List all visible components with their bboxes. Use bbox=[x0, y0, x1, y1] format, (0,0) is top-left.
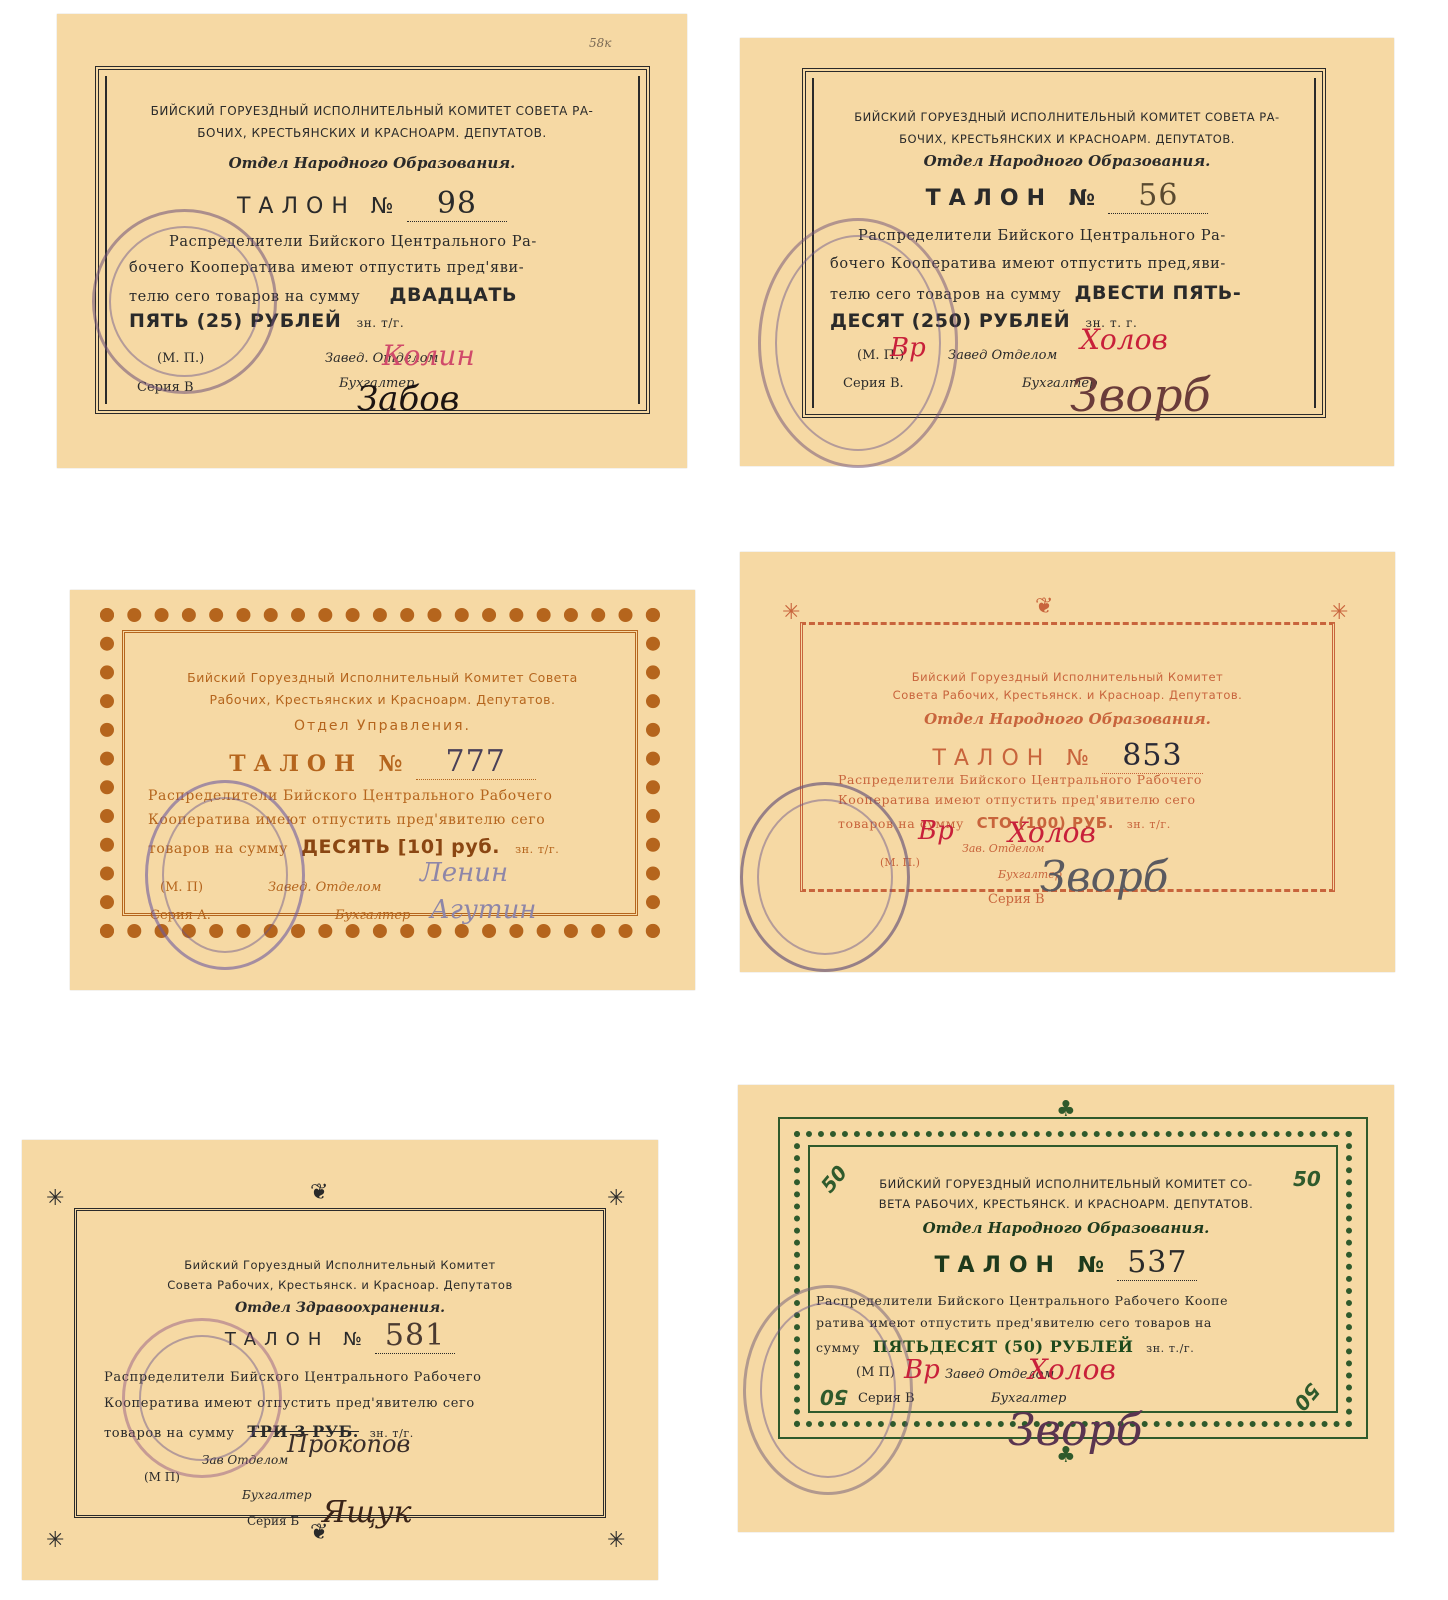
talon-number: 537 bbox=[1117, 1245, 1197, 1281]
ink-stamp bbox=[122, 1318, 282, 1478]
signature-red-2: Холов bbox=[1080, 323, 1168, 356]
ink-stamp bbox=[740, 782, 910, 972]
currency-suffix: зн. т/г. bbox=[515, 843, 559, 856]
talon-row: ТАЛОН № 777 bbox=[70, 744, 695, 779]
header-line-2: БОЧИХ, КРЕСТЬЯНСКИХ И КРАСНОАРМ. ДЕПУТАТ… bbox=[740, 132, 1394, 146]
corner-star-icon: ✳ bbox=[46, 1528, 64, 1553]
talon-row: ТАЛОН № 537 bbox=[738, 1245, 1394, 1280]
header-line-1: БИЙСКИЙ ГОРУЕЗДНЫЙ ИСПОЛНИТЕЛЬНЫЙ КОМИТЕ… bbox=[740, 110, 1394, 124]
talon-label: ТАЛОН № bbox=[237, 194, 402, 219]
coupon-537: ♣ ♣ 50 50 50 50 БИЙСКИЙ ГОРУЕЗДНЫЙ ИСПОЛ… bbox=[738, 1085, 1394, 1532]
signature-black: Забов bbox=[357, 379, 459, 419]
talon-number: 581 bbox=[375, 1318, 455, 1354]
talon-number: 98 bbox=[407, 186, 507, 222]
signature-dark: Прокопов bbox=[287, 1430, 410, 1458]
coupon-777: Бийский Горуездный Исполнительный Комите… bbox=[70, 590, 695, 990]
department-title: Отдел Здравоохранения. bbox=[22, 1300, 658, 1316]
accountant-label: Бухгалтер bbox=[242, 1488, 312, 1502]
scroll-ornament-icon: ❦ bbox=[1035, 594, 1053, 619]
header-line-1: Бийский Горуездный Исполнительный Комите… bbox=[22, 1258, 658, 1272]
header-line-2: Рабочих, Крестьянских и Красноарм. Депут… bbox=[70, 692, 695, 707]
signature-red-2: Холов bbox=[1028, 1353, 1116, 1386]
header-line-2: БОЧИХ, КРЕСТЬЯНСКИХ И КРАСНОАРМ. ДЕПУТАТ… bbox=[57, 126, 687, 140]
ink-stamp bbox=[758, 218, 958, 468]
department-title: Отдел Народного Образования. bbox=[57, 154, 687, 172]
talon-label: ТАЛОН № bbox=[935, 1253, 1113, 1278]
header-line-2: Совета Рабочих, Крестьянск. и Красноар. … bbox=[740, 688, 1395, 702]
amount-words: ДВЕСТИ ПЯТЬ- bbox=[1075, 282, 1242, 304]
head-of-department-label: Завед Отделом bbox=[948, 348, 1057, 363]
accountant-label: Бухгалтер bbox=[991, 1391, 1066, 1406]
header-line-1: БИЙСКИЙ ГОРУЕЗДНЫЙ ИСПОЛНИТЕЛЬНЫЙ КОМИТЕ… bbox=[738, 1177, 1394, 1191]
body-line-2: Кооператива имеют отпустить пред'явителю… bbox=[838, 792, 1395, 807]
signature-red: Вр bbox=[918, 816, 954, 846]
talon-label: ТАЛОН № bbox=[932, 746, 1097, 771]
body-line-2: ратива имеют отпустить пред'явителю сего… bbox=[816, 1315, 1394, 1330]
header-line-2: ВЕТА РАБОЧИХ, КРЕСТЬЯНСК. И КРАСНОАРМ. Д… bbox=[738, 1197, 1394, 1211]
signature-red: Вр bbox=[890, 333, 926, 363]
currency-suffix: зн. т/г. bbox=[1127, 818, 1171, 831]
series-label: Серия В bbox=[988, 892, 1045, 907]
header-line-2: Совета Рабочих, Крестьянск. и Красноар. … bbox=[22, 1278, 658, 1292]
header-line-1: БИЙСКИЙ ГОРУЕЗДНЫЙ ИСПОЛНИТЕЛЬНЫЙ КОМИТЕ… bbox=[57, 104, 687, 118]
scroll-ornament-icon: ❦ bbox=[310, 1180, 328, 1205]
body-line-1: Распределители Бийского Центрального Ра- bbox=[858, 228, 1394, 244]
signature-purple: Ленин bbox=[420, 858, 508, 888]
ink-stamp bbox=[743, 1285, 913, 1495]
talon-row: ТАЛОН № 581 bbox=[22, 1318, 658, 1353]
corner-star-icon: ✳ bbox=[1330, 600, 1348, 625]
currency-suffix: зн. т./г. bbox=[1146, 1342, 1194, 1355]
signature-red: Колин bbox=[382, 339, 475, 372]
amount-words: ДВАДЦАТЬ bbox=[390, 284, 518, 306]
amount-words: ДЕСЯТЬ [10] руб. bbox=[301, 836, 500, 858]
talon-number: 853 bbox=[1102, 738, 1202, 774]
signature-red: Вр bbox=[904, 1355, 940, 1385]
signature-brown: Зворб bbox=[1070, 368, 1211, 422]
body-line-1: Распределители Бийского Центрального Раб… bbox=[838, 772, 1395, 787]
talon-row: ТАЛОН № 56 bbox=[740, 178, 1394, 213]
pencil-annotation: 58к bbox=[589, 36, 611, 50]
signature-brown: Ящук bbox=[322, 1495, 412, 1530]
series-label: Серия Б bbox=[247, 1514, 299, 1528]
corner-star-icon: ✳ bbox=[607, 1186, 625, 1211]
talon-label: ТАЛОН № bbox=[229, 751, 410, 777]
talon-label: ТАЛОН № bbox=[926, 186, 1104, 211]
clover-ornament-icon: ♣ bbox=[1056, 1097, 1076, 1122]
header-line-1: Бийский Горуездный Исполнительный Комите… bbox=[70, 670, 695, 685]
talon-number: 56 bbox=[1108, 178, 1208, 214]
coupon-853: ✳ ✳ ❦ Бийский Горуездный Исполнительный … bbox=[740, 552, 1395, 972]
coupon-581: ✳ ✳ ✳ ✳ ❦ ❦ Бийский Горуездный Исполните… bbox=[22, 1140, 658, 1580]
ink-stamp bbox=[92, 209, 277, 394]
signature-purple: Зворб bbox=[1008, 1405, 1143, 1456]
corner-star-icon: ✳ bbox=[782, 600, 800, 625]
coupon-56: БИЙСКИЙ ГОРУЕЗДНЫЙ ИСПОЛНИТЕЛЬНЫЙ КОМИТЕ… bbox=[740, 38, 1394, 466]
signature-purple-2: Агутин bbox=[430, 895, 536, 925]
corner-star-icon: ✳ bbox=[607, 1528, 625, 1553]
currency-suffix: зн. т/г. bbox=[357, 316, 405, 330]
signature-gray: Зворб bbox=[1040, 852, 1168, 901]
body-line-1: Распределители Бийского Центрального Раб… bbox=[816, 1293, 1394, 1308]
department-title: Отдел Управления. bbox=[70, 718, 695, 734]
corner-star-icon: ✳ bbox=[46, 1186, 64, 1211]
header-line-1: Бийский Горуездный Исполнительный Комите… bbox=[740, 670, 1395, 684]
coupon-98: 58к БИЙСКИЙ ГОРУЕЗДНЫЙ ИСПОЛНИТЕЛЬНЫЙ КО… bbox=[57, 14, 687, 468]
department-title: Отдел Народного Образования. bbox=[740, 152, 1394, 170]
accountant-label: Бухгалтер bbox=[335, 908, 410, 923]
department-title: Отдел Народного Образования. bbox=[740, 710, 1395, 728]
signature-red-2: Холов bbox=[1008, 816, 1096, 849]
department-title: Отдел Народного Образования. bbox=[738, 1219, 1394, 1237]
ink-stamp bbox=[145, 780, 305, 970]
talon-row: ТАЛОН № 853 bbox=[740, 738, 1395, 773]
talon-number: 777 bbox=[416, 744, 536, 780]
